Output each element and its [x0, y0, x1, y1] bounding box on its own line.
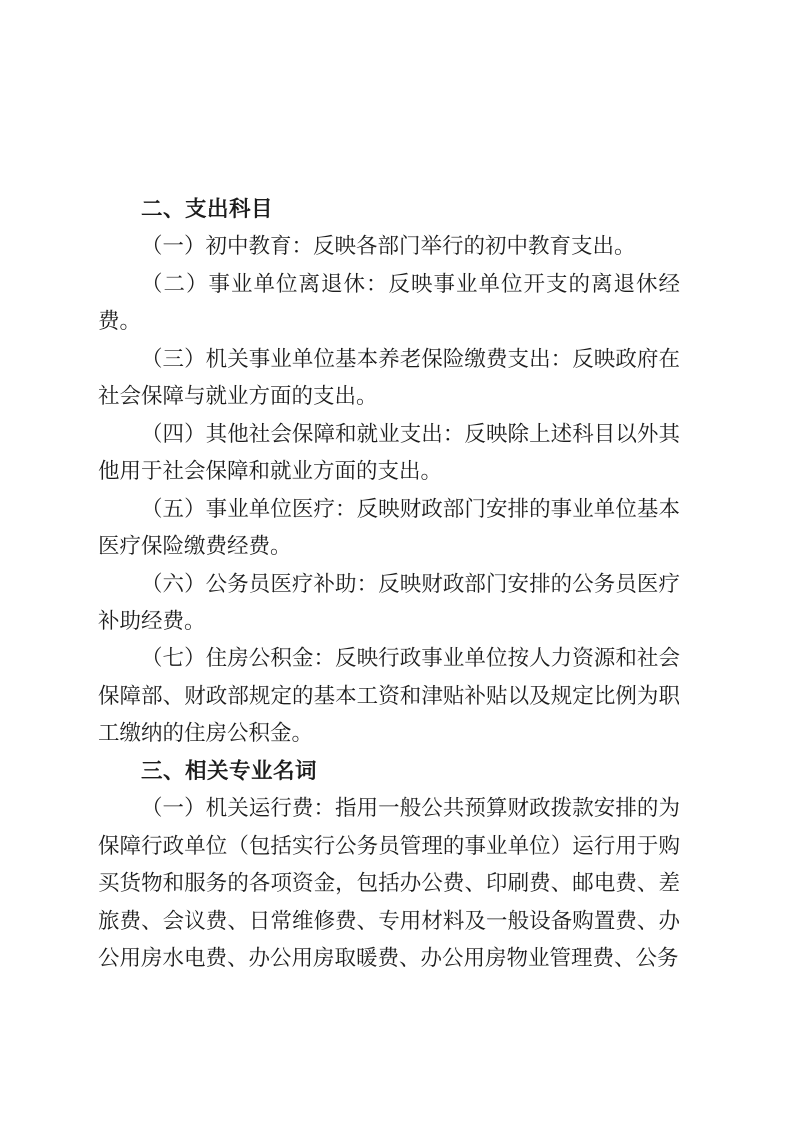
paragraph-civil-servant-medical-subsidy: （六）公务员医疗补助：反映财政部门安排的公务员医疗补助经费。: [98, 566, 680, 641]
paragraph-junior-secondary-education: （一）初中教育：反映各部门举行的初中教育支出。: [98, 228, 680, 265]
paragraph-basic-pension-contribution: （三）机关事业单位基本养老保险缴费支出：反映政府在社会保障与就业方面的支出。: [98, 341, 680, 416]
paragraph-other-social-security: （四）其他社会保障和就业支出：反映除上述科目以外其他用于社会保障和就业方面的支出…: [98, 416, 680, 491]
paragraph-institution-medical: （五）事业单位医疗：反映财政部门安排的事业单位基本医疗保险缴费经费。: [98, 491, 680, 566]
document-content: 二、支出科目 （一）初中教育：反映各部门举行的初中教育支出。 （二）事业单位离退…: [98, 191, 680, 978]
paragraph-institution-retirement: （二）事业单位离退休：反映事业单位开支的离退休经费。: [98, 266, 680, 341]
paragraph-housing-provident-fund: （七）住房公积金：反映行政事业单位按人力资源和社会保障部、财政部规定的基本工资和…: [98, 640, 680, 752]
paragraph-agency-operating-expenses: （一）机关运行费：指用一般公共预算财政拨款安排的为保障行政单位（包括实行公务员管…: [98, 790, 680, 977]
section-heading-related-terms: 三、相关专业名词: [98, 753, 680, 790]
section-heading-expenditure-subjects: 二、支出科目: [98, 191, 680, 228]
document-page: 二、支出科目 （一）初中教育：反映各部门举行的初中教育支出。 （二）事业单位离退…: [0, 0, 793, 1122]
